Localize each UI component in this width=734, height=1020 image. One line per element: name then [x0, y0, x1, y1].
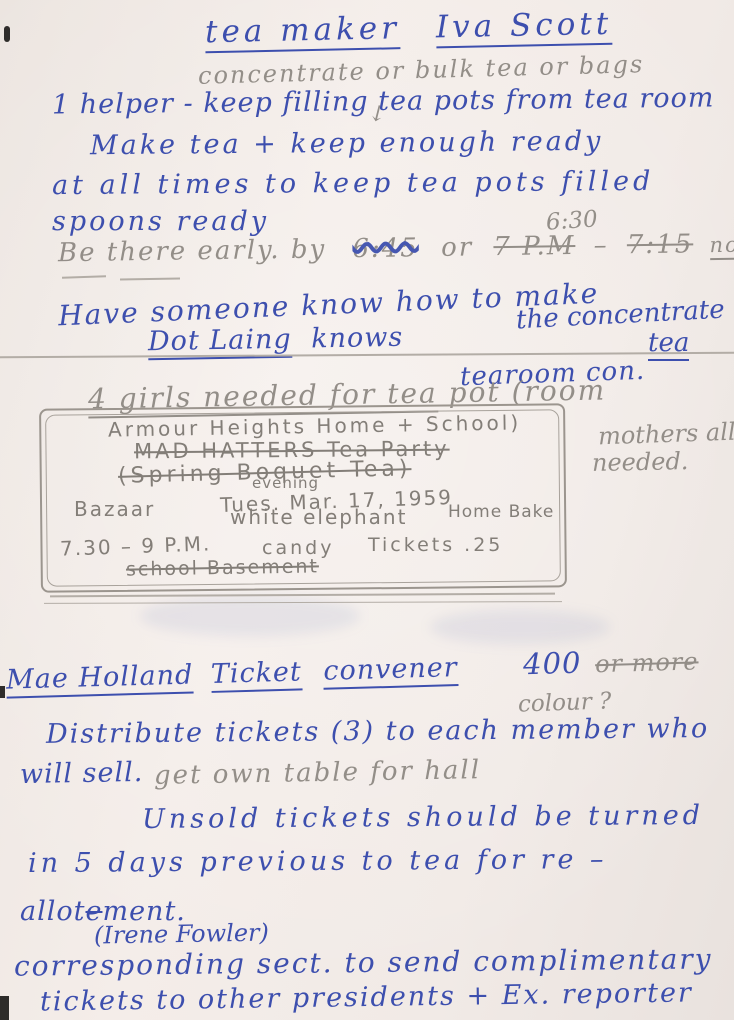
duty-line-3: at all times to keep tea pots filled [52, 166, 655, 201]
poster-box-extra-line [50, 593, 555, 598]
allot-pre: allot [20, 896, 85, 927]
unsold-line-2: in 5 days previous to tea for re – [28, 844, 608, 879]
own-table-note: get own table for hall [154, 755, 482, 791]
schedule-time-crossed-2: 7 P.M [493, 231, 575, 262]
side-note-needed: needed. [592, 447, 689, 477]
schedule-dash: – [593, 231, 608, 261]
duty-line-4: spoons ready [52, 206, 269, 237]
poster-item-bazaar: Bazaar [74, 497, 155, 521]
ticket-word: Ticket [210, 656, 302, 693]
concentrate-line-2: Dot Laing knows [148, 322, 404, 357]
schedule-no-later: no later [709, 232, 734, 260]
person-irene-fowler: (Irene Fowler) [94, 918, 269, 949]
concentrate-right-2: tea [648, 328, 689, 361]
handwritten-note-page: tea makerIva Scott concentrate or bulk t… [0, 0, 734, 1020]
poster-item-home-bake: Home Bake [448, 502, 554, 522]
unsold-line-1: Unsold tickets should be turned [142, 800, 704, 835]
ticket-count: 400 [523, 646, 582, 682]
scan-edge-mark [0, 996, 9, 1020]
ticket-convener-line: Mae Holland Ticket convener 400 or more [6, 642, 699, 695]
pencil-dash-mark [62, 275, 106, 279]
distribute-line: Distribute tickets (3) to each member wh… [46, 713, 709, 750]
poster-ticket-price: Tickets .25 [368, 534, 503, 556]
person-mae-holland: Mae Holland [6, 659, 194, 698]
schedule-time-crossed-3: 7:15 [627, 229, 694, 260]
pencil-dash-mark [120, 277, 180, 280]
ink-bleedthrough [430, 610, 610, 644]
schedule-or: or [441, 232, 474, 262]
schedule-prefix: Be there early. by [58, 234, 327, 268]
side-note-mothers: mothers all [598, 418, 734, 451]
poster-item-white-elephant: white elephant [230, 505, 407, 529]
scan-edge-mark [0, 686, 5, 698]
duty-line-2: Make tea + keep enough ready [90, 126, 604, 161]
poster-crossed-location: school Basement [126, 555, 319, 580]
closing-line-1: corresponding sect. to send complimentar… [14, 942, 713, 982]
scan-edge-mark [4, 26, 10, 42]
crossed-or-more: or more [595, 647, 699, 678]
schedule-inserted-time: 6:30 [545, 206, 598, 236]
title-role: tea maker [205, 10, 401, 53]
closing-line-2: tickets to other presidents + Ex. report… [40, 977, 693, 1017]
convener-word: convener [323, 652, 458, 690]
schedule-time-crossed-1: 6:45 [352, 233, 419, 264]
title-name: Iva Scott [436, 6, 613, 49]
note-title: tea makerIva Scott [205, 6, 613, 51]
will-sell-line: will sell. [20, 757, 144, 790]
knows-word: knows [311, 322, 404, 355]
